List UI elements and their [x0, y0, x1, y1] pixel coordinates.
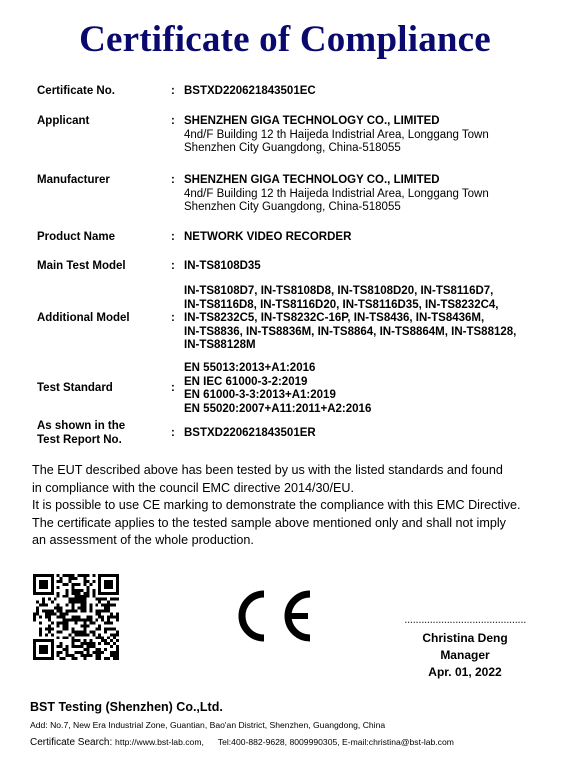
applicant-label: Applicant — [37, 115, 167, 129]
issuer-address: Add: No.7, New Era Industrial Zone, Guan… — [30, 720, 385, 730]
certificate-no-label: Certificate No. — [37, 85, 167, 99]
additional-model-line: IN-TS8232C5, IN-TS8232C-16P, IN-TS8436, … — [184, 312, 554, 326]
certificate-title: Certificate of Compliance — [0, 18, 570, 61]
signatory-title: Manager — [400, 647, 530, 664]
test-standard-list: EN 55013:2013+A1:2016 EN IEC 61000-3-2:2… — [184, 362, 554, 416]
applicant-name: SHENZHEN GIGA TECHNOLOGY CO., LIMITED — [184, 115, 554, 129]
additional-model-label: Additional Model — [37, 312, 167, 326]
ce-mark-icon — [226, 586, 314, 646]
statement-line: It is possible to use CE marking to demo… — [32, 497, 552, 515]
test-report-label-line2: Test Report No. — [37, 434, 167, 448]
test-report-label: As shown in the Test Report No. — [37, 420, 167, 447]
colon: : — [171, 231, 175, 245]
test-standard-line: EN 55020:2007+A11:2011+A2:2016 — [184, 403, 554, 417]
colon: : — [171, 115, 175, 129]
product-name-label: Product Name — [37, 231, 167, 245]
test-standard-line: EN 61000-3-3:2013+A1:2019 — [184, 389, 554, 403]
search-url[interactable]: http://www.bst-lab.com, — [115, 737, 204, 747]
additional-model-line: IN-TS8116D8, IN-TS8116D20, IN-TS8116D35,… — [184, 299, 554, 313]
statement-line: in compliance with the council EMC direc… — [32, 480, 552, 498]
additional-model-line: IN-TS88128M — [184, 339, 554, 353]
main-test-model-value: IN-TS8108D35 — [184, 260, 554, 274]
manufacturer-address-line1: 4nd/F Building 12 th Haijeda Indistrial … — [184, 188, 554, 202]
test-report-value: BSTXD220621843501ER — [184, 427, 554, 441]
manufacturer-name: SHENZHEN GIGA TECHNOLOGY CO., LIMITED — [184, 174, 554, 188]
issuer-company: BST Testing (Shenzhen) Co.,Ltd. — [30, 700, 223, 714]
applicant-value: SHENZHEN GIGA TECHNOLOGY CO., LIMITED 4n… — [184, 115, 554, 156]
statement-line: The EUT described above has been tested … — [32, 462, 552, 480]
signature-line: ........................................… — [400, 614, 530, 624]
colon: : — [171, 427, 175, 441]
applicant-address-line1: 4nd/F Building 12 th Haijeda Indistrial … — [184, 129, 554, 143]
test-standard-label: Test Standard — [37, 382, 167, 396]
colon: : — [171, 382, 175, 396]
colon: : — [171, 174, 175, 188]
manufacturer-value: SHENZHEN GIGA TECHNOLOGY CO., LIMITED 4n… — [184, 174, 554, 215]
colon: : — [171, 312, 175, 326]
compliance-statement: The EUT described above has been tested … — [32, 462, 552, 550]
colon: : — [171, 85, 175, 99]
certificate-search: Certificate Search: http://www.bst-lab.c… — [30, 737, 454, 748]
test-standard-line: EN IEC 61000-3-2:2019 — [184, 376, 554, 390]
additional-model-line: IN-TS8108D7, IN-TS8108D8, IN-TS8108D20, … — [184, 285, 554, 299]
certificate-no-value: BSTXD220621843501EC — [184, 85, 554, 99]
main-test-model-label: Main Test Model — [37, 260, 167, 274]
signature-date: Apr. 01, 2022 — [400, 664, 530, 681]
colon: : — [171, 260, 175, 274]
test-report-label-line1: As shown in the — [37, 420, 167, 434]
signature-block: ........................................… — [400, 614, 530, 681]
statement-line: an assessment of the whole production. — [32, 532, 552, 550]
search-label: Certificate Search: — [30, 737, 112, 748]
additional-model-list: IN-TS8108D7, IN-TS8108D8, IN-TS8108D20, … — [184, 285, 554, 353]
signatory-name: Christina Deng — [400, 630, 530, 647]
additional-model-line: IN-TS8836, IN-TS8836M, IN-TS8864, IN-TS8… — [184, 326, 554, 340]
manufacturer-address-line2: Shenzhen City Guangdong, China-518055 — [184, 201, 554, 215]
product-name-value: NETWORK VIDEO RECORDER — [184, 231, 554, 245]
statement-line: The certificate applies to the tested sa… — [32, 515, 552, 533]
manufacturer-label: Manufacturer — [37, 174, 167, 188]
test-standard-line: EN 55013:2013+A1:2016 — [184, 362, 554, 376]
qr-code-icon — [33, 574, 119, 660]
applicant-address-line2: Shenzhen City Guangdong, China-518055 — [184, 142, 554, 156]
contact-info: Tel:400-882-9628, 8009990305, E-mail:chr… — [218, 737, 454, 747]
additional-model-row: Additional Model : IN-TS8108D7, IN-TS810… — [37, 285, 547, 355]
